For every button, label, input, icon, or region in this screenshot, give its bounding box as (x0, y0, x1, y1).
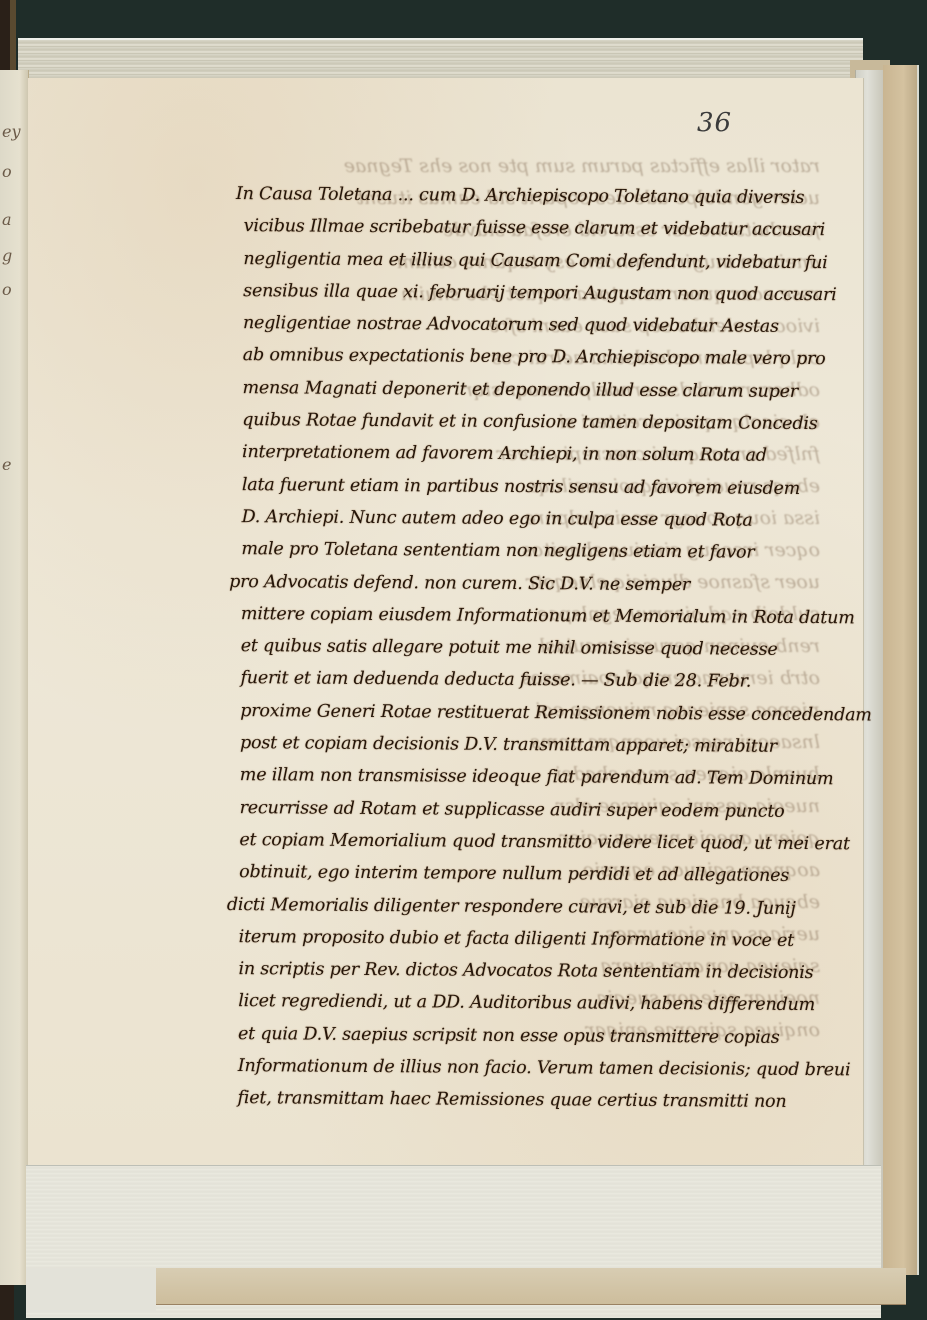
manuscript-body: In Causa Toletana ... cum D. Archiepisco… (225, 178, 852, 1119)
left-page-edge: ey o a g o e (0, 70, 29, 1285)
manuscript-line: fiet, transmittam haec Remissiones quae … (225, 1082, 845, 1119)
manuscript-line: obtinuit, ego interim tempore nullum per… (227, 856, 847, 893)
manuscript-line: quibus Rotae fundavit et in confusione t… (230, 404, 850, 441)
page-stack-top-edge (18, 38, 863, 82)
manuscript-line: et quibus satis allegare potuit me nihil… (229, 630, 849, 667)
manuscript-line: licet regrediendi, ut a DD. Auditoribus … (226, 985, 846, 1022)
manuscript-line: D. Archiepi. Nunc autem adeo ego in culp… (230, 501, 850, 538)
manuscript-line: post et copiam decisionis D.V. transmitt… (228, 727, 848, 764)
manuscript-line: negligentiae nostrae Advocatorum sed quo… (231, 307, 851, 344)
manuscript-line: ab omnibus expectationis bene pro D. Arc… (231, 339, 851, 376)
manuscript-line: me illam non transmisisse ideoque fiat p… (228, 759, 848, 796)
manuscript-line: lata fuerunt etiam in partibus nostris s… (230, 469, 850, 506)
manuscript-line: mittere copiam eiusdem Informationum et … (229, 598, 849, 635)
manuscript-line: interpretationem ad favorem Archiepi, in… (230, 436, 850, 473)
left-page-fragment: e (2, 455, 11, 474)
left-page-fragment: g (2, 246, 12, 265)
manuscript-line: et quia D.V. saepius scripsit non esse o… (226, 1018, 846, 1055)
manuscript-line: In Causa Toletana ... cum D. Archiepisco… (232, 178, 852, 215)
manuscript-line: sensibus illa quae xi. februarij tempori… (231, 275, 851, 312)
manuscript-line: recurrisse ad Rotam et supplicasse audir… (227, 792, 847, 829)
folio-number: 36 (697, 108, 732, 138)
tissue-flap (26, 1268, 156, 1312)
manuscript-line: proxime Generi Rotae restituerat Remissi… (228, 695, 848, 732)
manuscript-line: dicti Memorialis diligenter respondere c… (227, 889, 847, 926)
left-page-fragment: o (2, 162, 12, 181)
bleed-line: rator illas effictas parum sum pte nos e… (60, 150, 820, 182)
left-page-fragment: ey (2, 122, 21, 141)
page-stack-bottom-edge (26, 1268, 906, 1305)
manuscript-line: et copiam Memorialium quod transmitto vi… (227, 824, 847, 861)
manuscript-line: vicibus Illmae scribebatur fuisse esse c… (232, 210, 852, 247)
manuscript-line: mensa Magnati deponerit et deponendo ill… (230, 372, 850, 409)
manuscript-line: pro Advocatis defend. non curem. Sic D.V… (229, 566, 849, 603)
manuscript-line: Informationum de illius non facio. Verum… (226, 1050, 846, 1087)
manuscript-line: fuerit et iam deduenda deducta fuisse. —… (228, 662, 848, 699)
binding-edge (10, 0, 16, 80)
left-page-fragment: a (2, 210, 12, 229)
manuscript-line: in scriptis per Rev. dictos Advocatos Ro… (226, 953, 846, 990)
manuscript-line: male pro Toletana sententiam non neglige… (229, 533, 849, 570)
left-page-fragment: o (2, 280, 12, 299)
manuscript-line: iterum proposito dubio et facta diligent… (227, 921, 847, 958)
page-stack-right-edge-outer (883, 65, 919, 1275)
manuscript-line: negligentia mea et illius qui Causam Com… (231, 243, 851, 280)
